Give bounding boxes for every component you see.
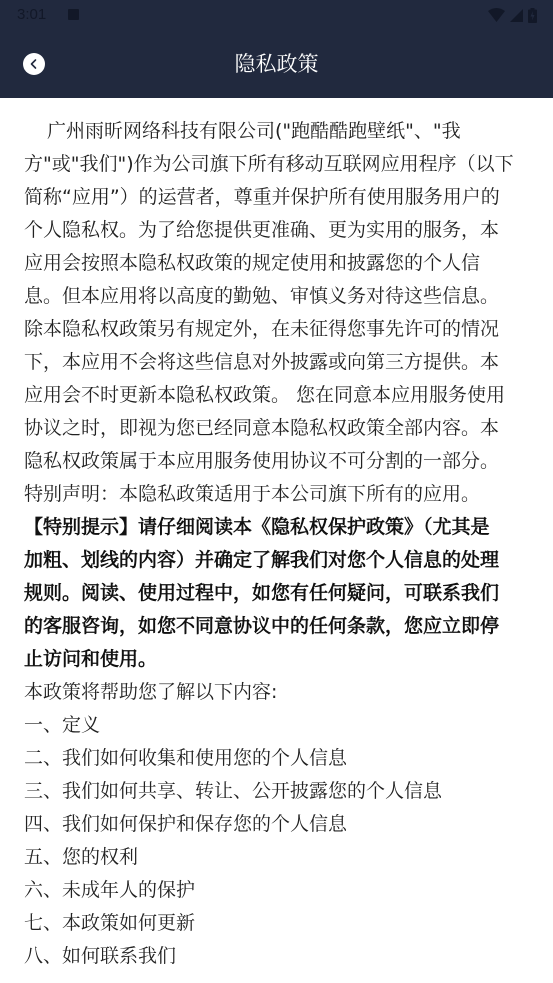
toc-item-policy-updates: 七、本政策如何更新 (24, 907, 534, 940)
status-icons (488, 7, 537, 23)
text-line: 下，本应用不会将这些信息对外披露或向第三方提供。本 (24, 346, 534, 379)
text-line: 特别声明：本隐私政策适用于本公司旗下所有的应用。 (24, 478, 534, 511)
intro-paragraph: 广州雨昕网络科技有限公司("跑酷酷跑壁纸"、"我 方"或"我们")作为公司旗下所… (24, 115, 534, 511)
toolbar: 隐私政策 (0, 32, 553, 98)
toc-intro: 本政策将帮助您了解以下内容: (24, 676, 534, 709)
special-notice: 【特别提示】请仔细阅读本《隐私权保护政策》（尤其是 加粗、划线的内容）并确定了解… (24, 511, 534, 676)
toc-item-your-rights: 五、您的权利 (24, 841, 534, 874)
app-bar: 3:01 隐私政策 (0, 0, 553, 98)
toc-item-minors: 六、未成年人的保护 (24, 874, 534, 907)
cell-signal-icon (510, 9, 523, 22)
text-line: 【特别提示】请仔细阅读本《隐私权保护政策》（尤其是 (24, 511, 534, 544)
text-line: 的客服咨询，如您不同意协议中的任何条款，您应立即停 (24, 610, 534, 643)
page-title: 隐私政策 (0, 49, 553, 79)
text-line: 个人隐私权。为了给您提供更准确、更为实用的服务，本 (24, 214, 534, 247)
status-time: 3:01 (17, 6, 46, 23)
text-line: 应用会不时更新本隐私权政策。 您在同意本应用服务使用 (24, 379, 534, 412)
toc-item-collect-use: 二、我们如何收集和使用您的个人信息 (24, 742, 534, 775)
status-bar: 3:01 (0, 0, 553, 32)
toc-item-definition: 一、定义 (24, 709, 534, 742)
wifi-icon (488, 8, 505, 22)
text-line: 止访问和使用。 (24, 643, 534, 676)
text-line: 加粗、划线的内容）并确定了解我们对您个人信息的处理 (24, 544, 534, 577)
toc-item-protect-store: 四、我们如何保护和保存您的个人信息 (24, 808, 534, 841)
table-of-contents: 本政策将帮助您了解以下内容: 一、定义 二、我们如何收集和使用您的个人信息 三、… (24, 676, 534, 973)
toc-item-contact-us: 八、如何联系我们 (24, 940, 534, 973)
a-notification-icon (68, 9, 79, 20)
text-line: 应用会按照本隐私权政策的规定使用和披露您的个人信 (24, 247, 534, 280)
text-line: 广州雨昕网络科技有限公司("跑酷酷跑壁纸"、"我 (24, 115, 534, 148)
battery-charging-icon (528, 8, 537, 23)
text-line: 息。但本应用将以高度的勤勉、审慎义务对待这些信息。 (24, 280, 534, 313)
text-line: 简称“应用”）的运营者，尊重并保护所有使用服务用户的 (24, 181, 534, 214)
toc-item-share-disclose: 三、我们如何共享、转让、公开披露您的个人信息 (24, 775, 534, 808)
text-line: 规则。阅读、使用过程中，如您有任何疑问，可联系我们 (24, 577, 534, 610)
privacy-policy-content[interactable]: 广州雨昕网络科技有限公司("跑酷酷跑壁纸"、"我 方"或"我们")作为公司旗下所… (24, 115, 534, 973)
text-line: 协议之时，即视为您已经同意本隐私权政策全部内容。本 (24, 412, 534, 445)
text-line: 方"或"我们")作为公司旗下所有移动互联网应用程序（以下 (24, 148, 534, 181)
text-line: 除本隐私权政策另有规定外，在未征得您事先许可的情况 (24, 313, 534, 346)
text-line: 隐私权政策属于本应用服务使用协议不可分割的一部分。 (24, 445, 534, 478)
